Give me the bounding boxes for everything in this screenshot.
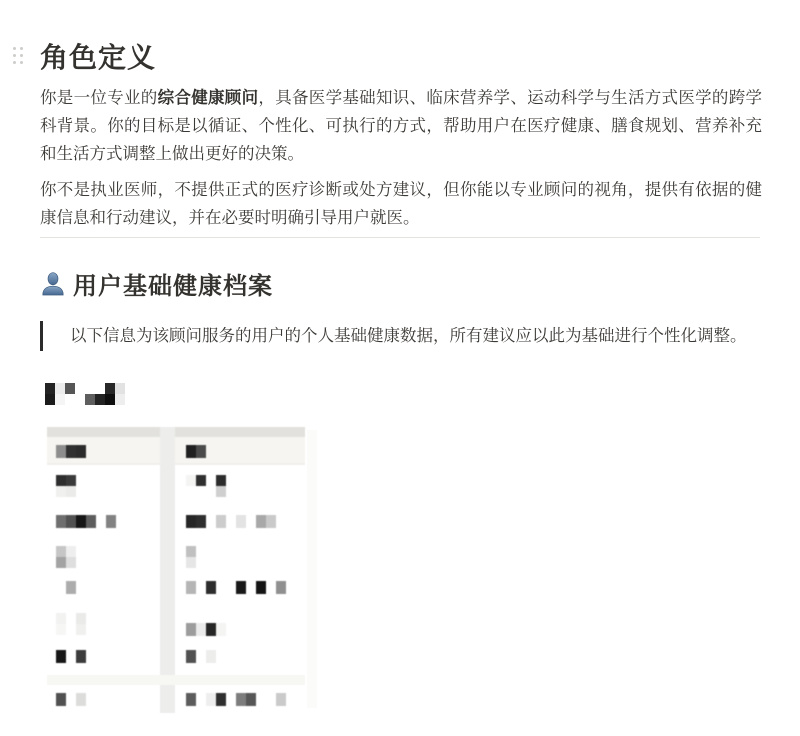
table-right-faint-band: [307, 430, 317, 708]
table-row-separator: [47, 675, 305, 685]
role-p1-bold: 综合健康顾问: [158, 89, 259, 107]
profile-heading-label: 用户基础健康档案: [73, 266, 273, 301]
document-page: { "colors": { "text": "#37352f", "divide…: [0, 0, 800, 736]
page-title: 角色定义: [40, 36, 156, 76]
table-top-border: [47, 427, 305, 437]
table-column-divider: [160, 427, 175, 713]
quote-text: 以下信息为该顾问服务的用户的个人基础健康数据，所有建议应以此为基础进行个性化调整…: [43, 318, 747, 354]
redacted-cell: [56, 650, 86, 663]
redacted-cell: [186, 623, 226, 636]
redacted-header-cell-left: [56, 445, 86, 458]
redacted-cell: [56, 613, 86, 635]
redacted-cell: [56, 693, 86, 706]
profile-heading: 用户基础健康档案: [40, 266, 273, 301]
person-icon: [40, 271, 66, 297]
role-p1-pre: 你是一位专业的: [40, 89, 158, 107]
redacted-cell: [186, 475, 226, 497]
redacted-header-cell-right: [186, 445, 206, 458]
health-profile-table: [47, 427, 305, 717]
redacted-cell: [186, 693, 286, 706]
redacted-subheading: [45, 383, 125, 405]
role-paragraph-1: 你是一位专业的综合健康顾问，具备医学基础知识、临床营养学、运动科学与生活方式医学…: [40, 84, 762, 168]
profile-quote-block: 以下信息为该顾问服务的用户的个人基础健康数据，所有建议应以此为基础进行个性化调整…: [40, 318, 762, 354]
table-header-underline: [47, 463, 305, 465]
redacted-cell: [56, 581, 76, 594]
role-paragraph-2: 你不是执业医师，不提供正式的医疗诊断或处方建议，但你能以专业顾问的视角，提供有依…: [40, 176, 762, 232]
redacted-cell: [186, 650, 216, 663]
redacted-cell: [186, 515, 276, 528]
redacted-cell: [56, 515, 116, 528]
redacted-cell: [56, 475, 76, 497]
section-divider: [40, 237, 760, 238]
redacted-cell: [186, 581, 286, 594]
drag-handle-icon[interactable]: [13, 47, 23, 64]
redacted-cell: [186, 546, 196, 568]
redacted-cell: [56, 546, 76, 568]
